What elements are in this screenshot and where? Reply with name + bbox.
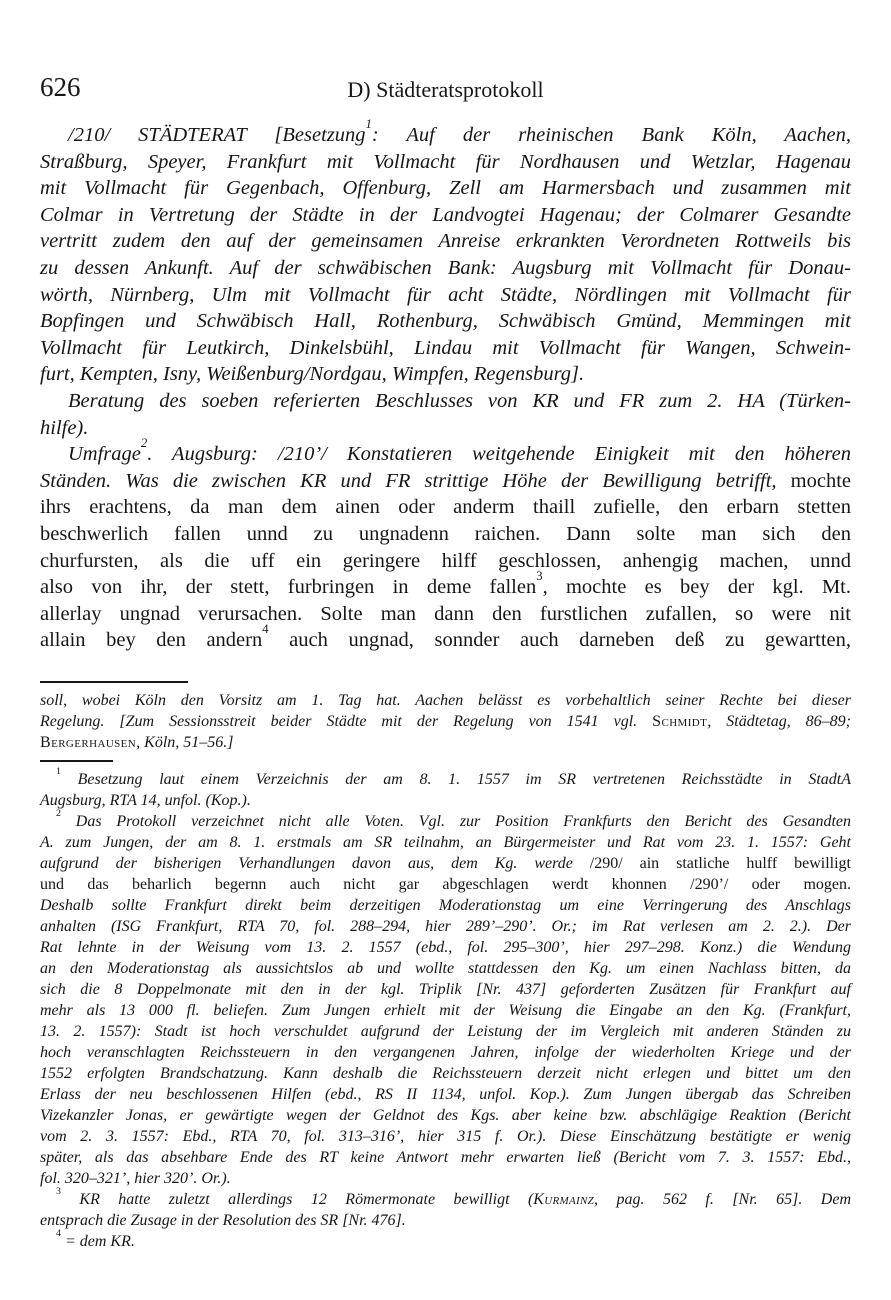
text-line: 1552 erfolgten Brandschatzung. Kann desh… bbox=[40, 1063, 851, 1084]
text-segment: zu dessen Ankunft. Auf der schwäbischen … bbox=[40, 257, 851, 279]
text-line: mehr als 13 000 fl. beliefen. Zum Jungen… bbox=[40, 1000, 851, 1021]
text-line: Ständen. Was die zwischen KR und FR stri… bbox=[40, 468, 851, 495]
text-line: an den Moderationstag als aussichtslos a… bbox=[40, 958, 851, 979]
text-line: 1 Besetzung laut einem Verzeichnis der a… bbox=[40, 769, 851, 790]
text-line: Deshalb sollte Frankfurt direkt beim der… bbox=[40, 895, 851, 916]
text-segment: Bopfingen und Schwäbisch Hall, Rothenbur… bbox=[40, 310, 851, 332]
text-segment: = dem KR. bbox=[61, 1233, 135, 1250]
text-segment: beschwerlich fallen unnd zu ungnadenn ra… bbox=[40, 523, 851, 545]
text-segment: Rat lehnte in der Weisung vom 13. 2. 155… bbox=[40, 939, 851, 956]
text-line: ihrs erachtens, da man dem ainen oder an… bbox=[40, 494, 851, 521]
text-segment: furt, Kempten, Isny, Weißenburg/Nordgau,… bbox=[40, 363, 584, 385]
text-segment: mit Vollmacht für Gegenbach, Offenburg, … bbox=[40, 177, 851, 199]
text-segment: KR hatte zuletzt allerdings 12 Römermona… bbox=[61, 1191, 533, 1208]
text-segment: 13. 2. 1557): Stadt ist hoch verschuldet… bbox=[40, 1023, 851, 1040]
text-segment: : Auf der rheinischen Bank Köln, Aachen, bbox=[372, 124, 851, 146]
text-segment: , mochte es bey der kgl. Mt. bbox=[543, 576, 851, 598]
text-segment: Straßburg, Speyer, Frankfurt mit Vollmac… bbox=[40, 151, 851, 173]
text-line: mit Vollmacht für Gegenbach, Offenburg, … bbox=[40, 175, 851, 202]
text-segment: Regelung. [Zum Sessionsstreit beider Stä… bbox=[40, 713, 652, 730]
main-text: /210/ STÄDTERAT [Besetzung1: Auf der rhe… bbox=[40, 122, 851, 654]
footnote-continuation-separator bbox=[40, 681, 188, 683]
text-segment: ihrs erachtens, da man dem ainen oder an… bbox=[40, 496, 851, 518]
text-segment: auch ungnad, sonnder auch darneben deß z… bbox=[269, 629, 851, 651]
text-line: /210/ STÄDTERAT [Besetzung1: Auf der rhe… bbox=[40, 122, 851, 149]
text-line: fol. 320–321’, hier 320’. Or.). bbox=[40, 1168, 851, 1189]
text-segment: sich die 8 Doppelmonate mit den in der k… bbox=[40, 981, 851, 998]
running-header: D) Städteratsprotokoll bbox=[40, 79, 851, 101]
text-line: Colmar in Vertretung der Städte in der L… bbox=[40, 202, 851, 229]
text-segment: , Städtetag, 86–89; bbox=[707, 713, 851, 730]
text-line: Straßburg, Speyer, Frankfurt mit Vollmac… bbox=[40, 149, 851, 176]
text-line: Augsburg, RTA 14, unfol. (Kop.). bbox=[40, 790, 851, 811]
text-line: allain bey den andern4 auch ungnad, sonn… bbox=[40, 627, 851, 654]
text-segment: soll, wobei Köln den Vorsitz am 1. Tag h… bbox=[40, 692, 851, 709]
text-line: Regelung. [Zum Sessionsstreit beider Stä… bbox=[40, 711, 851, 732]
footnote-continuation: soll, wobei Köln den Vorsitz am 1. Tag h… bbox=[40, 690, 851, 753]
text-line: 3 KR hatte zuletzt allerdings 12 Römermo… bbox=[40, 1189, 851, 1210]
text-segment: hilfe). bbox=[40, 417, 88, 439]
text-segment: Das Protokoll verzeichnet nicht alle Vot… bbox=[61, 813, 851, 830]
footnote-separator bbox=[40, 760, 113, 762]
footnote-marker: 1 bbox=[56, 766, 61, 777]
text-line: und das beharlich begernn auch nicht gar… bbox=[40, 874, 851, 895]
text-line: 2 Das Protokoll verzeichnet nicht alle V… bbox=[40, 811, 851, 832]
text-segment: Vizekanzler Jonas, er gewärtigte wegen d… bbox=[40, 1107, 851, 1124]
text-segment: Vollmacht für Leutkirch, Dinkelsbühl, Li… bbox=[40, 337, 851, 359]
text-line: churfursten, als die uff ein geringere h… bbox=[40, 548, 851, 575]
text-line: Umfrage2. Augsburg: /210’/ Konstatieren … bbox=[40, 441, 851, 468]
text-segment: Deshalb sollte Frankfurt direkt beim der… bbox=[40, 897, 851, 914]
text-segment: anhalten (ISG Frankfurt, RTA 70, fol. 28… bbox=[40, 918, 851, 935]
text-segment: /290/ ain statliche hulff bewilligt bbox=[573, 855, 851, 872]
text-segment: aufgrund der bisherigen Verhandlungen da… bbox=[40, 855, 573, 872]
text-segment: Erlass der neu beschlossenen Hilfen (ebd… bbox=[40, 1086, 851, 1103]
text-segment: und das beharlich begernn auch nicht gar… bbox=[40, 876, 851, 893]
text-line: also von ihr, der stett, furbringen in d… bbox=[40, 574, 851, 601]
text-line: A. zum Jungen, der am 8. 1. erstmals am … bbox=[40, 832, 851, 853]
text-line: aufgrund der bisherigen Verhandlungen da… bbox=[40, 853, 851, 874]
text-line: Bergerhausen, Köln, 51–56.] bbox=[40, 732, 851, 753]
text-segment: Colmar in Vertretung der Städte in der L… bbox=[40, 204, 851, 226]
text-line: Erlass der neu beschlossenen Hilfen (ebd… bbox=[40, 1084, 851, 1105]
text-segment: vertritt zudem den auf der gemeinsamen A… bbox=[40, 230, 851, 252]
text-line: vom 2. 3. 1557: Ebd., RTA 70, fol. 313–3… bbox=[40, 1126, 851, 1147]
text-line: Bopfingen und Schwäbisch Hall, Rothenbur… bbox=[40, 308, 851, 335]
footnote-marker: 1 bbox=[366, 117, 372, 131]
text-segment: Schmidt bbox=[652, 713, 707, 730]
text-line: Vollmacht für Leutkirch, Dinkelsbühl, Li… bbox=[40, 335, 851, 362]
text-line: 13. 2. 1557): Stadt ist hoch verschuldet… bbox=[40, 1021, 851, 1042]
text-line: zu dessen Ankunft. Auf der schwäbischen … bbox=[40, 255, 851, 282]
text-segment: Umfrage bbox=[68, 443, 141, 465]
text-segment: Ständen. Was die zwischen KR und FR stri… bbox=[40, 470, 777, 492]
text-segment: Beratung des soeben referierten Beschlus… bbox=[68, 390, 851, 412]
text-segment: Augsburg, RTA 14, unfol. (Kop.). bbox=[40, 792, 251, 809]
text-line: entsprach die Zusage in der Resolution d… bbox=[40, 1210, 851, 1231]
footnote-marker: 2 bbox=[56, 808, 61, 819]
text-segment: A. zum Jungen, der am 8. 1. erstmals am … bbox=[40, 834, 851, 851]
text-segment: churfursten, als die uff ein geringere h… bbox=[40, 550, 851, 572]
text-segment: Besetzung laut einem Verzeichnis der am … bbox=[61, 771, 851, 788]
text-segment: , pag. 562 f. [Nr. 65]. Dem bbox=[594, 1191, 851, 1208]
text-line: Vizekanzler Jonas, er gewärtigte wegen d… bbox=[40, 1105, 851, 1126]
text-line: später, als das absehbare Ende des RT ke… bbox=[40, 1147, 851, 1168]
text-segment: mehr als 13 000 fl. beliefen. Zum Jungen… bbox=[40, 1002, 851, 1019]
text-segment: wörth, Nürnberg, Ulm mit Vollmacht für a… bbox=[40, 284, 851, 306]
footnote-marker: 3 bbox=[536, 569, 542, 583]
footnote-marker: 4 bbox=[262, 622, 268, 636]
text-segment: Bergerhausen bbox=[40, 734, 136, 751]
text-segment: also von ihr, der stett, furbringen in d… bbox=[40, 576, 536, 598]
text-segment: 1552 erfolgten Brandschatzung. Kann desh… bbox=[40, 1065, 851, 1082]
text-line: vertritt zudem den auf der gemeinsamen A… bbox=[40, 228, 851, 255]
text-line: 4 = dem KR. bbox=[40, 1231, 851, 1252]
text-segment: Kurmainz bbox=[533, 1191, 594, 1208]
text-line: beschwerlich fallen unnd zu ungnadenn ra… bbox=[40, 521, 851, 548]
text-segment: an den Moderationstag als aussichtslos a… bbox=[40, 960, 851, 977]
text-segment: . Augsburg: /210’/ Konstatieren weitgehe… bbox=[147, 443, 851, 465]
text-line: anhalten (ISG Frankfurt, RTA 70, fol. 28… bbox=[40, 916, 851, 937]
text-line: furt, Kempten, Isny, Weißenburg/Nordgau,… bbox=[40, 361, 851, 388]
text-line: Rat lehnte in der Weisung vom 13. 2. 155… bbox=[40, 937, 851, 958]
text-segment: , Köln, 51–56.] bbox=[136, 734, 233, 751]
text-segment: vom 2. 3. 1557: Ebd., RTA 70, fol. 313–3… bbox=[40, 1128, 851, 1145]
footnote-marker: 4 bbox=[56, 1228, 61, 1239]
text-segment: hoch veranschlagten Reichssteuern in den… bbox=[40, 1044, 851, 1061]
footnote-marker: 3 bbox=[56, 1186, 61, 1197]
text-segment: später, als das absehbare Ende des RT ke… bbox=[40, 1149, 851, 1166]
book-page: 626 D) Städteratsprotokoll /210/ STÄDTER… bbox=[0, 0, 891, 1300]
text-segment: fol. 320–321’, hier 320’. Or.). bbox=[40, 1170, 231, 1187]
text-segment: allain bey den andern bbox=[40, 629, 262, 651]
text-segment: /210/ STÄDTERAT [Besetzung bbox=[68, 124, 366, 146]
text-segment: mochte bbox=[777, 470, 851, 492]
footnotes-block: 1 Besetzung laut einem Verzeichnis der a… bbox=[40, 769, 851, 1252]
text-segment: entsprach die Zusage in der Resolution d… bbox=[40, 1212, 406, 1229]
text-line: allerlay ungnad verursachen. Solte man d… bbox=[40, 601, 851, 628]
footnote-marker: 2 bbox=[141, 436, 147, 450]
text-line: hoch veranschlagten Reichssteuern in den… bbox=[40, 1042, 851, 1063]
text-line: soll, wobei Köln den Vorsitz am 1. Tag h… bbox=[40, 690, 851, 711]
text-line: Beratung des soeben referierten Beschlus… bbox=[40, 388, 851, 415]
text-line: wörth, Nürnberg, Ulm mit Vollmacht für a… bbox=[40, 282, 851, 309]
text-line: sich die 8 Doppelmonate mit den in der k… bbox=[40, 979, 851, 1000]
text-line: hilfe). bbox=[40, 415, 851, 442]
text-segment: allerlay ungnad verursachen. Solte man d… bbox=[40, 603, 851, 625]
